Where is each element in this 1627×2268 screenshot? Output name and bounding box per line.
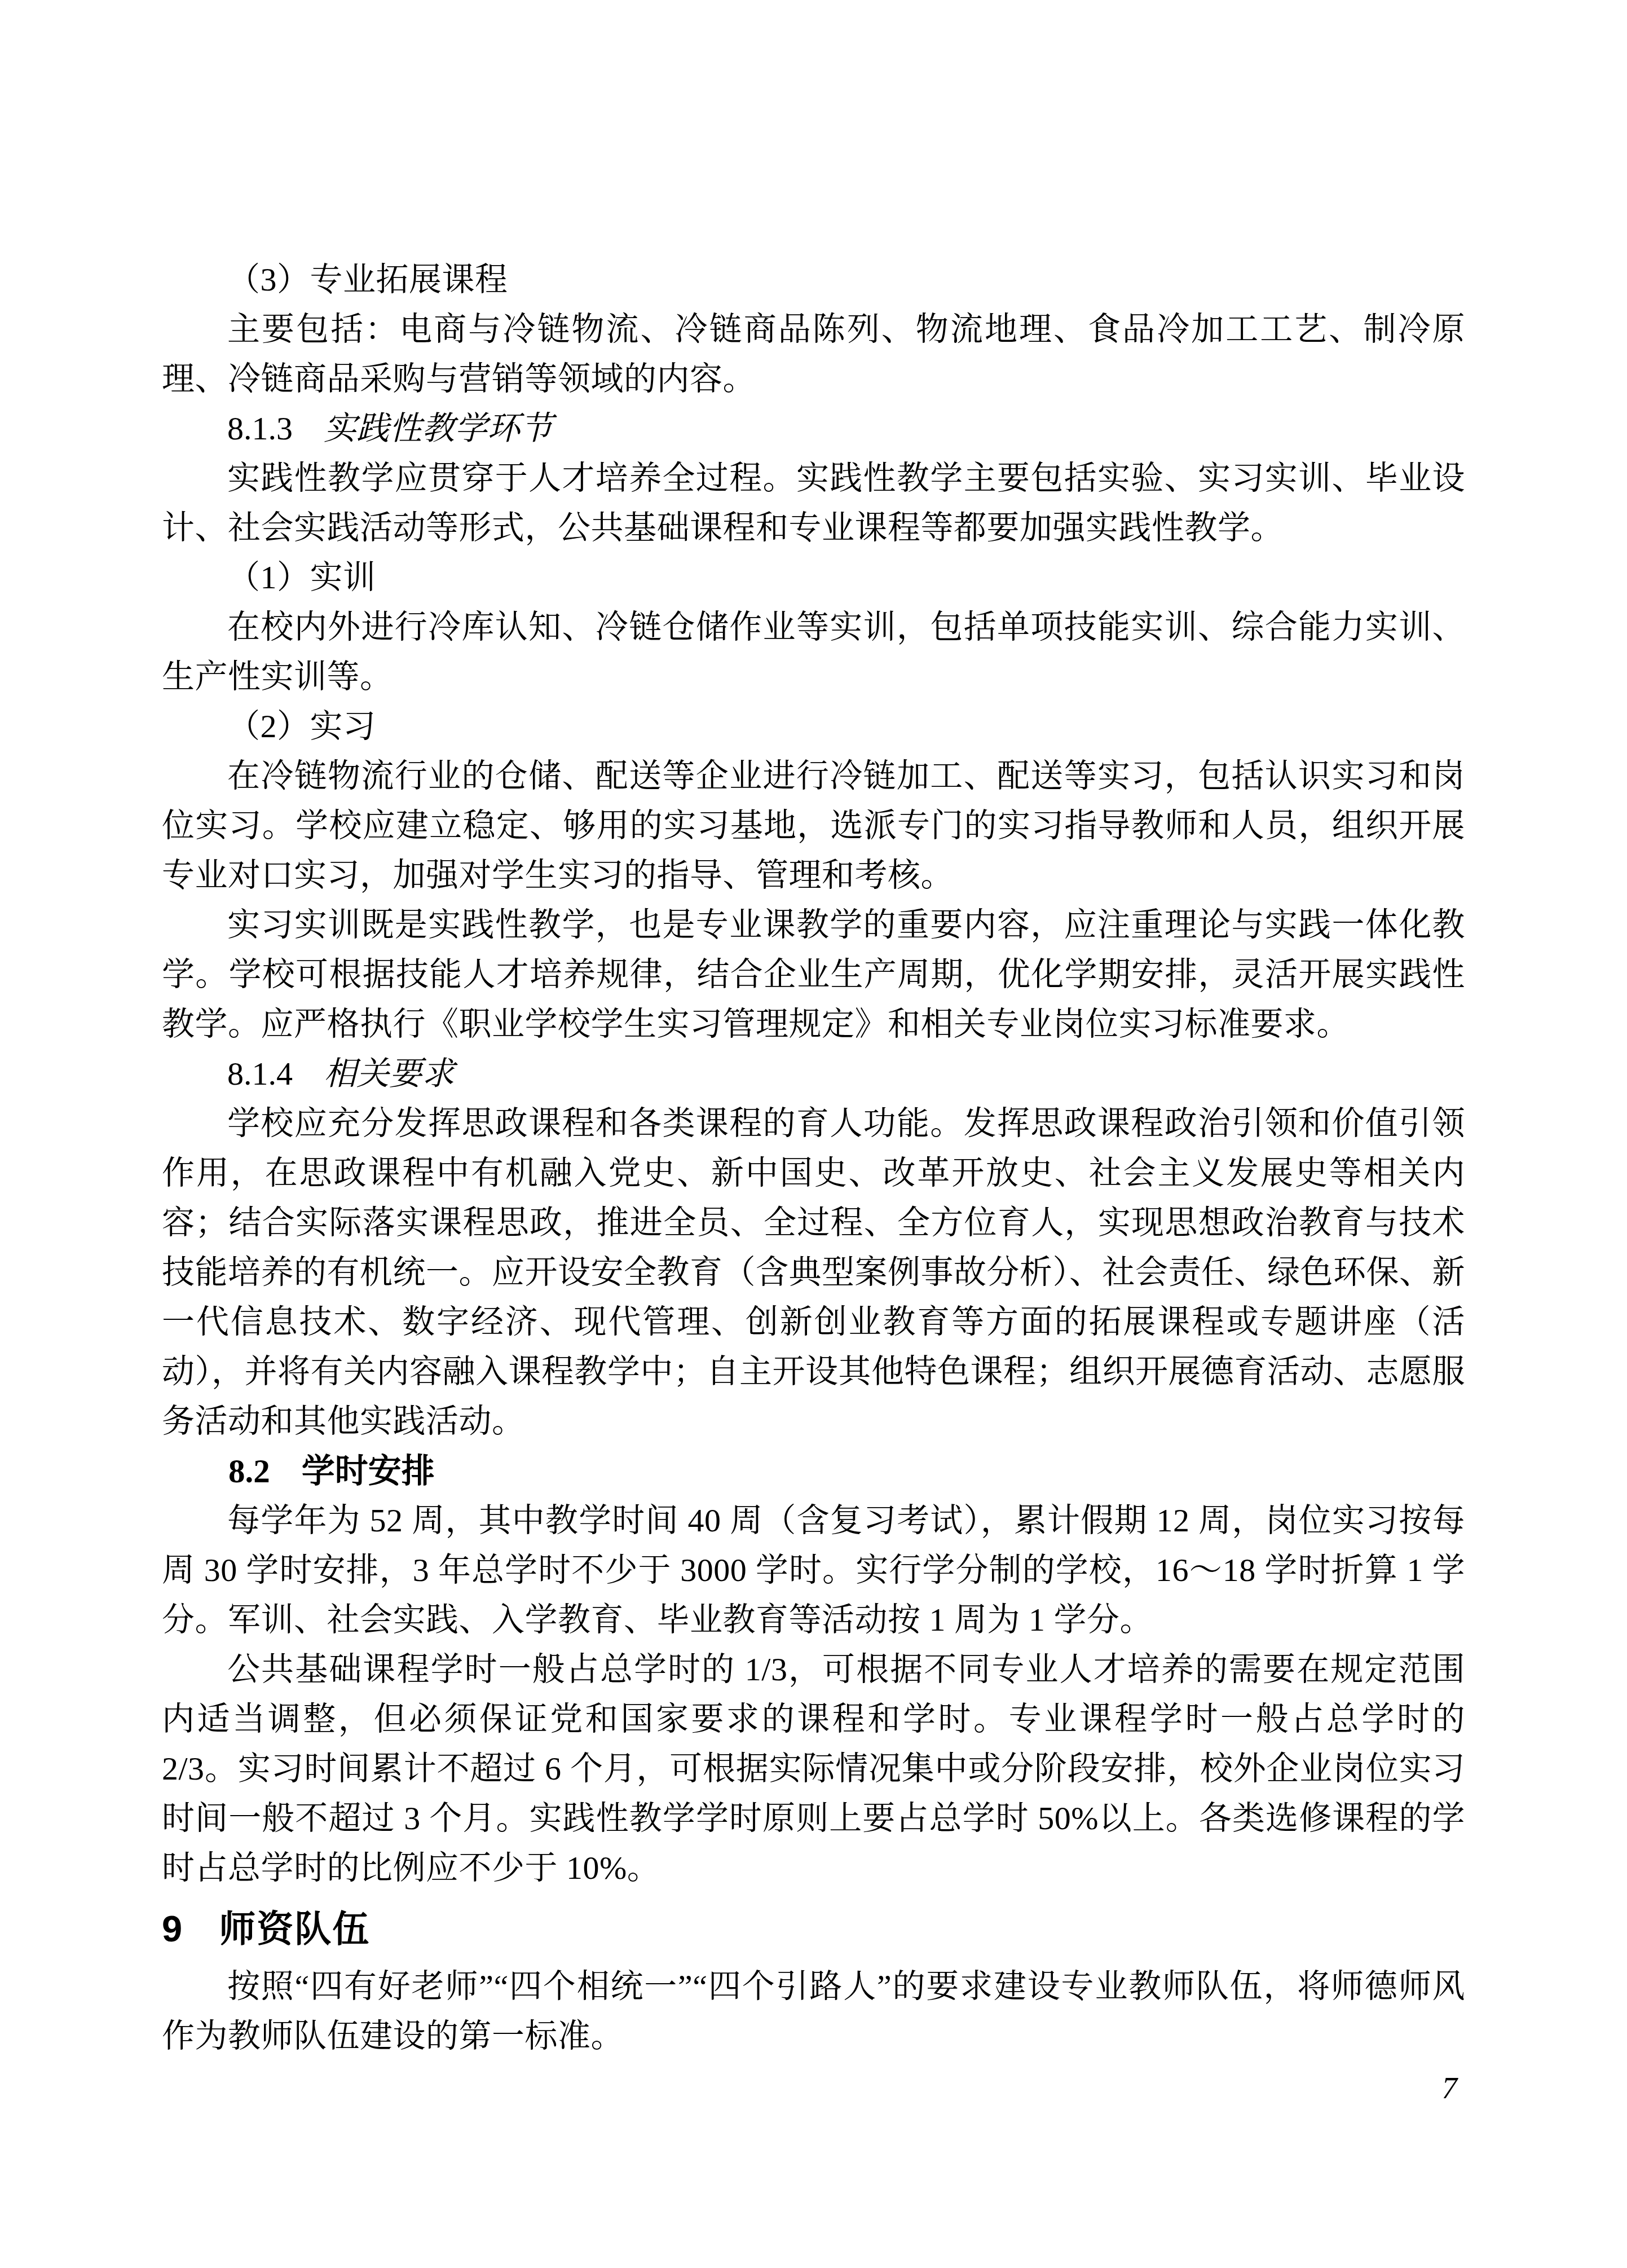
section-heading-title: 相关要求 (324, 1055, 455, 1092)
chapter-heading-number: 9 (162, 1908, 182, 1949)
chapter-heading-title: 师资队伍 (219, 1908, 370, 1949)
paragraph-school-year-hours: 每学年为 52 周，其中教学时间 40 周（含复习考试），累计假期 12 周，岗… (162, 1496, 1465, 1645)
paragraph-expansion-course-content: 主要包括：电商与冷链物流、冷链商品陈列、物流地理、食品冷加工工艺、制冷原理、冷链… (162, 305, 1465, 404)
paragraph-course-hour-allocation: 公共基础课程学时一般占总学时的 1/3，可根据不同专业人才培养的需要在规定范围内… (162, 1645, 1465, 1893)
paragraph-internship-label: （2）实习 (162, 702, 1465, 751)
section-heading-number: 8.1.3 (227, 410, 293, 447)
document-page: （3）专业拓展课程 主要包括：电商与冷链物流、冷链商品陈列、物流地理、食品冷加工… (0, 0, 1627, 2268)
section-heading-8-1-4: 8.1.4相关要求 (162, 1049, 1465, 1099)
section-heading-8-1-3: 8.1.3实践性教学环节 (162, 404, 1465, 453)
section-heading-8-2: 8.2学时安排 (162, 1446, 1465, 1496)
paragraph-training-label: （1）实训 (162, 553, 1465, 602)
paragraph-expansion-course-label: （3）专业拓展课程 (162, 255, 1465, 305)
paragraph-internship-training-integration: 实习实训既是实践性教学，也是专业课教学的重要内容，应注重理论与实践一体化教学。学… (162, 900, 1465, 1049)
paragraph-internship-content: 在冷链物流行业的仓储、配送等企业进行冷链加工、配送等实习，包括认识实习和岗位实习… (162, 751, 1465, 900)
paragraph-teacher-team-intro: 按照“四有好老师”“四个相统一”“四个引路人”的要求建设专业教师队伍，将师德师风… (162, 1962, 1465, 2061)
paragraph-training-content: 在校内外进行冷库认知、冷链仓储作业等实训，包括单项技能实训、综合能力实训、生产性… (162, 602, 1465, 702)
section-heading-title: 学时安排 (302, 1452, 435, 1490)
section-heading-number: 8.2 (228, 1452, 270, 1490)
paragraph-practical-teaching-overview: 实践性教学应贯穿于人才培养全过程。实践性教学主要包括实验、实习实训、毕业设计、社… (162, 453, 1465, 553)
section-heading-title: 实践性教学环节 (324, 410, 553, 447)
paragraph-related-requirements: 学校应充分发挥思政课程和各类课程的育人功能。发挥思政课程政治引领和价值引领作用，… (162, 1099, 1465, 1446)
page-number: 7 (162, 2063, 1465, 2113)
section-heading-number: 8.1.4 (227, 1055, 293, 1092)
chapter-heading-9-teacher-team: 9师资队伍 (162, 1903, 1465, 1955)
